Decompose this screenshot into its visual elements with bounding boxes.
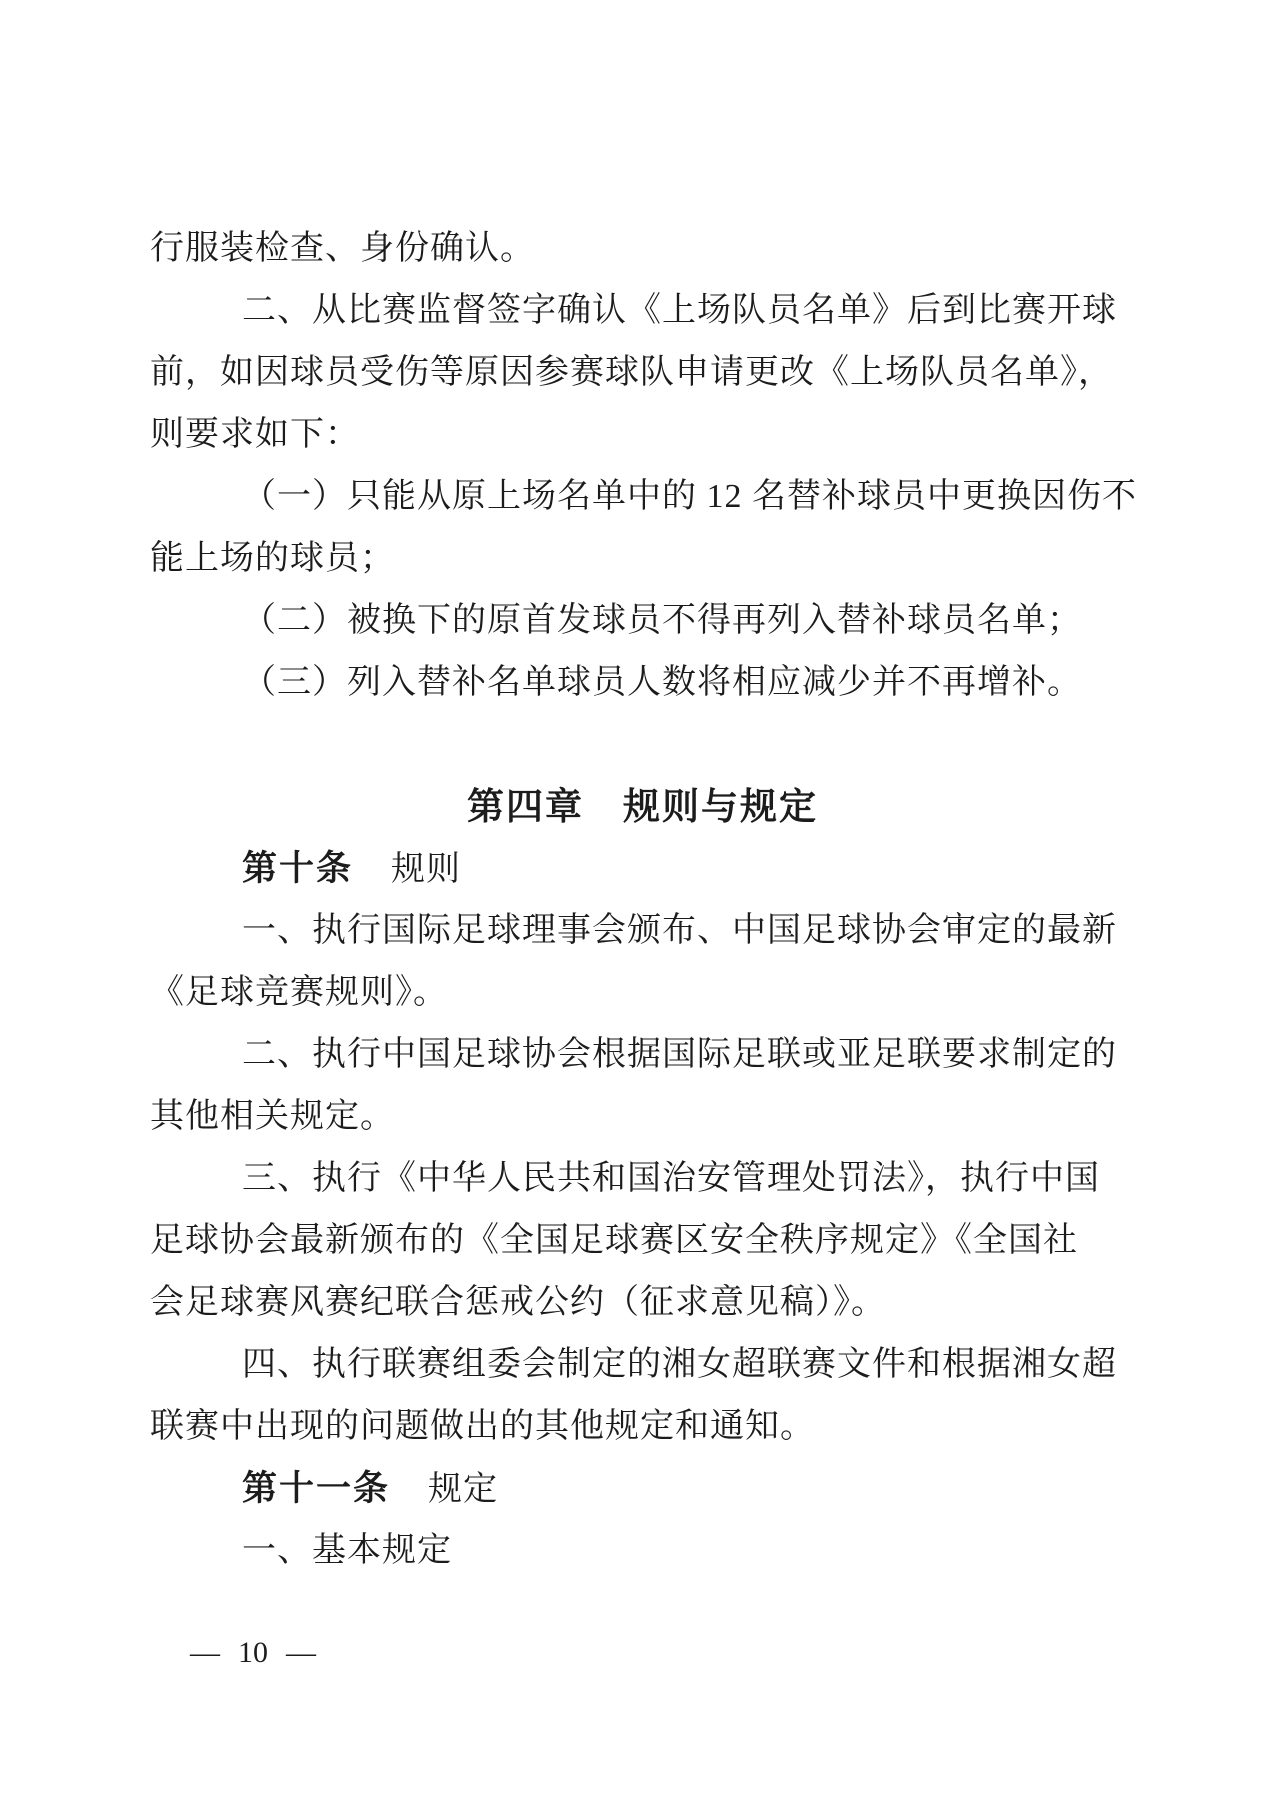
article-number: 第十一条 (242, 1469, 390, 1508)
text-line: 一、执行国际足球理事会颁布、中国足球协会审定的最新 (150, 900, 1135, 962)
page-footer: — 10 — (190, 1633, 316, 1673)
text-line: 前，如因球员受伤等原因参赛球队申请更改《上场队员名单》， (150, 342, 1135, 404)
text-line: 二、从比赛监督签字确认《上场队员名单》后到比赛开球 (150, 280, 1135, 342)
text-line: 能上场的球员； (150, 528, 1135, 590)
text-line: 会足球赛风赛纪联合惩戒公约（征求意见稿）》。 (150, 1272, 1135, 1334)
text-line: 联赛中出现的问题做出的其他规定和通知。 (150, 1396, 1135, 1458)
text-line: 行服装检查、身份确认。 (150, 218, 1135, 280)
text-line: 二、执行中国足球协会根据国际足联或亚足联要求制定的 (150, 1024, 1135, 1086)
text-line: （一）只能从原上场名单中的 12 名替补球员中更换因伤不 (150, 466, 1135, 528)
article-title: 规则 (391, 851, 461, 888)
article-number: 第十条 (242, 849, 353, 888)
document-page: 行服装检查、身份确认。二、从比赛监督签字确认《上场队员名单》后到比赛开球前，如因… (0, 0, 1280, 1810)
text-line: 四、执行联赛组委会制定的湘女超联赛文件和根据湘女超 (150, 1334, 1135, 1396)
footer-dash-left: — (190, 1636, 220, 1670)
article-title: 规定 (428, 1471, 498, 1508)
text-line: （二）被换下的原首发球员不得再列入替补球员名单； (150, 590, 1135, 652)
text-line: 则要求如下： (150, 404, 1135, 466)
chapter-heading: 第四章 规则与规定 (150, 776, 1135, 838)
article-heading: 第十条规则 (150, 838, 1135, 900)
text-line: 足球协会最新颁布的《全国足球赛区安全秩序规定》《全国社 (150, 1210, 1135, 1272)
text-line: 其他相关规定。 (150, 1086, 1135, 1148)
text-line: 一、基本规定 (150, 1520, 1135, 1582)
text-line: 《足球竞赛规则》。 (150, 962, 1135, 1024)
text-line: 三、执行《中华人民共和国治安管理处罚法》，执行中国 (150, 1148, 1135, 1210)
page-number: 10 (238, 1636, 268, 1670)
article-heading: 第十一条规定 (150, 1458, 1135, 1520)
footer-dash-right: — (286, 1636, 316, 1670)
document-body: 行服装检查、身份确认。二、从比赛监督签字确认《上场队员名单》后到比赛开球前，如因… (150, 218, 1135, 1582)
text-line: （三）列入替补名单球员人数将相应减少并不再增补。 (150, 652, 1135, 714)
